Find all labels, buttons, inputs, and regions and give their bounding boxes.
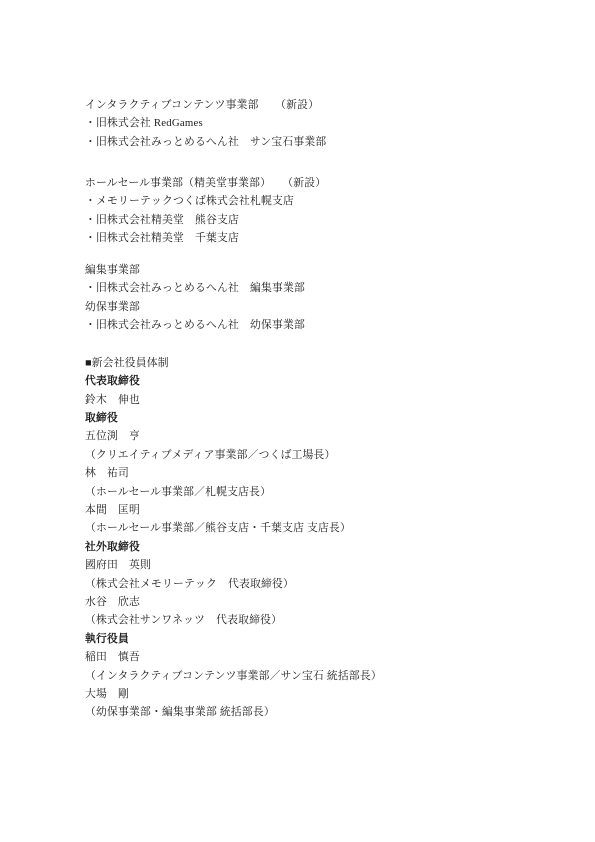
division-heading-line: 幼保事業部 — [85, 298, 559, 316]
division-heading-line: 編集事業部 — [85, 261, 559, 279]
bullet-line: ・旧株式会社みっとめるへん社 サン宝石事業部 — [85, 133, 559, 151]
section-new-division-wholesale: ホールセール事業部（精美堂事業部） （新設） ・メモリーテックつくば株式会社札幌… — [85, 174, 559, 248]
officer-assignment-line: （ホールセール事業部／札幌支店長） — [85, 483, 559, 501]
officer-name-line: 水谷 欣志 — [85, 593, 559, 611]
bullet-line: ・旧株式会社精美堂 熊谷支店 — [85, 211, 559, 229]
bullet-line: ・旧株式会社みっとめるへん社 幼保事業部 — [85, 316, 559, 334]
document-content: インタラクティブコンテンツ事業部 （新設） ・旧株式会社 RedGames ・旧… — [85, 96, 559, 722]
officer-assignment-line: （株式会社サンワネッツ 代表取締役） — [85, 611, 559, 629]
bullet-line: ・旧株式会社みっとめるへん社 編集事業部 — [85, 279, 559, 297]
officer-name-line: 鈴木 伸也 — [85, 391, 559, 409]
section-new-division-interactive: インタラクティブコンテンツ事業部 （新設） ・旧株式会社 RedGames ・旧… — [85, 96, 559, 151]
bullet-line: ・メモリーテックつくば株式会社札幌支店 — [85, 192, 559, 210]
role-heading-line: 執行役員 — [85, 630, 559, 648]
officer-assignment-line: （幼保事業部・編集事業部 統括部長） — [85, 703, 559, 721]
bullet-line: ・旧株式会社 RedGames — [85, 114, 559, 132]
bullet-line: ・旧株式会社精美堂 千葉支店 — [85, 229, 559, 247]
document-page: インタラクティブコンテンツ事業部 （新設） ・旧株式会社 RedGames ・旧… — [0, 0, 595, 842]
section-title-line: ■新会社役員体制 — [85, 354, 559, 372]
officer-assignment-line: （株式会社メモリーテック 代表取締役） — [85, 575, 559, 593]
role-heading-line: 代表取締役 — [85, 372, 559, 390]
officer-assignment-line: （インタラクティブコンテンツ事業部／サン宝石 統括部長） — [85, 667, 559, 685]
officer-name-line: 林 祐司 — [85, 464, 559, 482]
officer-name-line: 五位渕 亨 — [85, 427, 559, 445]
officer-assignment-line: （クリエイティブメディア事業部／つくば工場長） — [85, 446, 559, 464]
officer-name-line: 稲田 慎吾 — [85, 648, 559, 666]
officer-name-line: 國府田 英則 — [85, 556, 559, 574]
role-heading-line: 社外取締役 — [85, 538, 559, 556]
division-heading-line: インタラクティブコンテンツ事業部 （新設） — [85, 96, 559, 114]
section-editing-childcare-divisions: 編集事業部 ・旧株式会社みっとめるへん社 編集事業部 幼保事業部 ・旧株式会社み… — [85, 261, 559, 335]
section-officer-structure: ■新会社役員体制 代表取締役 鈴木 伸也 取締役 五位渕 亨 （クリエイティブメ… — [85, 354, 559, 722]
officer-name-line: 本間 匡明 — [85, 501, 559, 519]
role-heading-line: 取締役 — [85, 409, 559, 427]
officer-assignment-line: （ホールセール事業部／熊谷支店・千葉支店 支店長） — [85, 519, 559, 537]
officer-name-line: 大場 剛 — [85, 685, 559, 703]
division-heading-line: ホールセール事業部（精美堂事業部） （新設） — [85, 174, 559, 192]
